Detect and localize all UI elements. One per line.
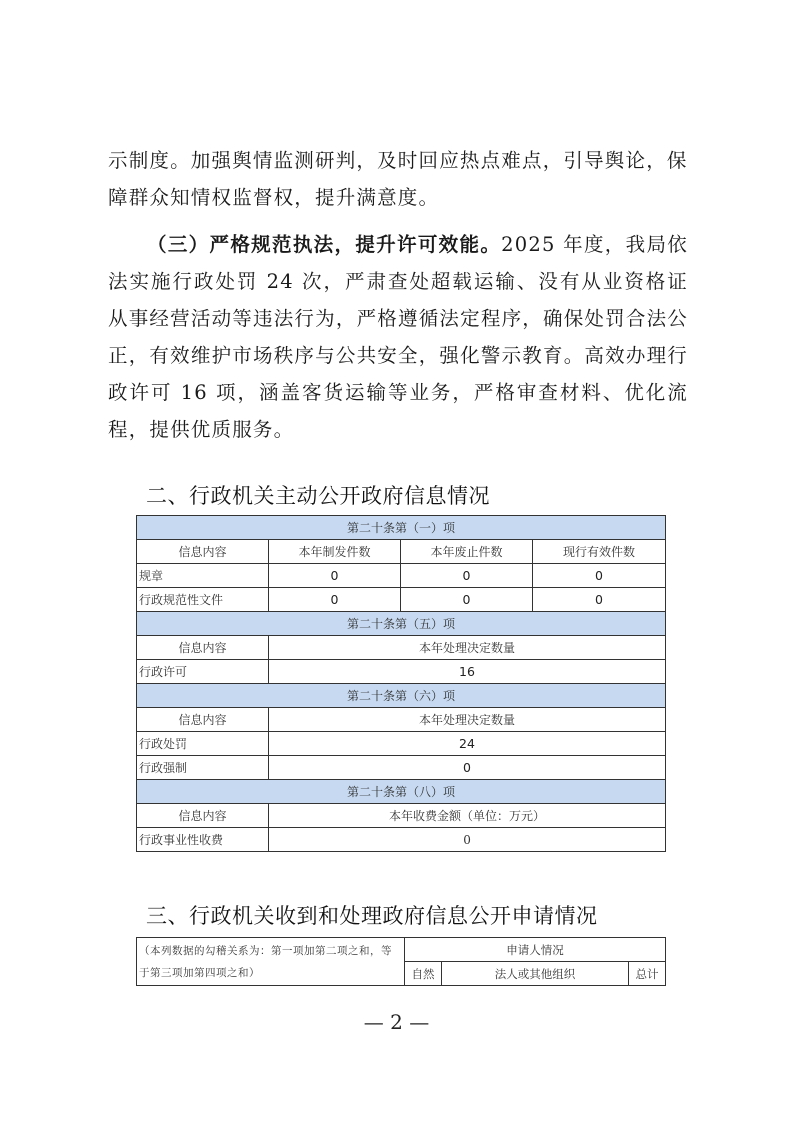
column-header: 本年处理决定数量	[269, 636, 666, 660]
column-header-row: 信息内容 本年处理决定数量	[137, 636, 666, 660]
table-row: 行政处罚 24	[137, 732, 666, 756]
column-header: 法人或其他组织	[442, 962, 629, 986]
column-header: 自然	[405, 962, 442, 986]
column-header-row: 信息内容 本年处理决定数量	[137, 708, 666, 732]
application-handling-table: （本列数据的勾稽关系为：第一项加第二项之和，等于第三项加第四项之和） 申请人情况…	[136, 937, 666, 986]
paragraph-text: 2025 年度，我局依法实施行政处罚 24 次，严肃查处超载运输、没有从业资格证…	[108, 233, 688, 441]
paragraph-line: 示制度。加强舆情监测研判，及时回应热点难点，引导舆论，保	[108, 149, 688, 172]
section-title: 第二十条第（六）项	[137, 684, 666, 708]
section-title: 第二十条第（一）项	[137, 516, 666, 540]
row-label: 行政规范性文件	[137, 588, 269, 612]
body-paragraph-1: 示制度。加强舆情监测研判，及时回应热点难点，引导舆论，保 障群众知情权监督权，提…	[108, 142, 688, 216]
cell-value: 0	[401, 564, 533, 588]
cell-value: 0	[533, 564, 666, 588]
cell-value: 0	[269, 564, 401, 588]
row-label: 规章	[137, 564, 269, 588]
column-header: 现行有效件数	[533, 540, 666, 564]
table-row: 行政强制 0	[137, 756, 666, 780]
table-row: 行政许可 16	[137, 660, 666, 684]
column-header: 信息内容	[137, 636, 269, 660]
group-header: 申请人情况	[405, 938, 666, 962]
cell-value: 16	[269, 660, 666, 684]
body-paragraph-2: （三）严格规范执法，提升许可效能。2025 年度，我局依法实施行政处罚 24 次…	[108, 226, 688, 448]
cell-value: 24	[269, 732, 666, 756]
section-heading-2: 二、行政机关主动公开政府信息情况	[146, 480, 490, 510]
cell-value: 0	[269, 828, 666, 852]
column-header: 本年收费金额（单位：万元）	[269, 804, 666, 828]
table-row: 规章 0 0 0	[137, 564, 666, 588]
cell-value: 0	[269, 756, 666, 780]
column-header: 信息内容	[137, 540, 269, 564]
column-header-row: 信息内容 本年收费金额（单位：万元）	[137, 804, 666, 828]
section-header-row: 第二十条第（六）项	[137, 684, 666, 708]
cell-value: 0	[269, 588, 401, 612]
cell-value: 0	[401, 588, 533, 612]
row-label: 行政许可	[137, 660, 269, 684]
paragraph-line: 障群众知情权监督权，提升满意度。	[108, 186, 439, 209]
section-header-row: 第二十条第（五）项	[137, 612, 666, 636]
row-label: 行政强制	[137, 756, 269, 780]
proactive-disclosure-table: 第二十条第（一）项 信息内容 本年制发件数 本年废止件数 现行有效件数 规章 0…	[136, 515, 666, 852]
paragraph-lead-heading: （三）严格规范执法，提升许可效能。	[147, 233, 501, 256]
table-row: 行政规范性文件 0 0 0	[137, 588, 666, 612]
section-title: 第二十条第（八）项	[137, 780, 666, 804]
section-header-row: 第二十条第（一）项	[137, 516, 666, 540]
column-header: 本年废止件数	[401, 540, 533, 564]
column-header: 信息内容	[137, 708, 269, 732]
table-row: 行政事业性收费 0	[137, 828, 666, 852]
column-header: 信息内容	[137, 804, 269, 828]
column-header: 本年处理决定数量	[269, 708, 666, 732]
table-note: （本列数据的勾稽关系为：第一项加第二项之和，等于第三项加第四项之和）	[137, 938, 405, 986]
section-heading-3: 三、行政机关收到和处理政府信息公开申请情况	[146, 900, 598, 930]
column-header-row: 信息内容 本年制发件数 本年废止件数 现行有效件数	[137, 540, 666, 564]
section-title: 第二十条第（五）项	[137, 612, 666, 636]
column-header: 本年制发件数	[269, 540, 401, 564]
page-number: — 2 —	[0, 1010, 793, 1034]
section-header-row: 第二十条第（八）项	[137, 780, 666, 804]
row-label: 行政处罚	[137, 732, 269, 756]
cell-value: 0	[533, 588, 666, 612]
column-header: 总计	[629, 962, 666, 986]
row-label: 行政事业性收费	[137, 828, 269, 852]
